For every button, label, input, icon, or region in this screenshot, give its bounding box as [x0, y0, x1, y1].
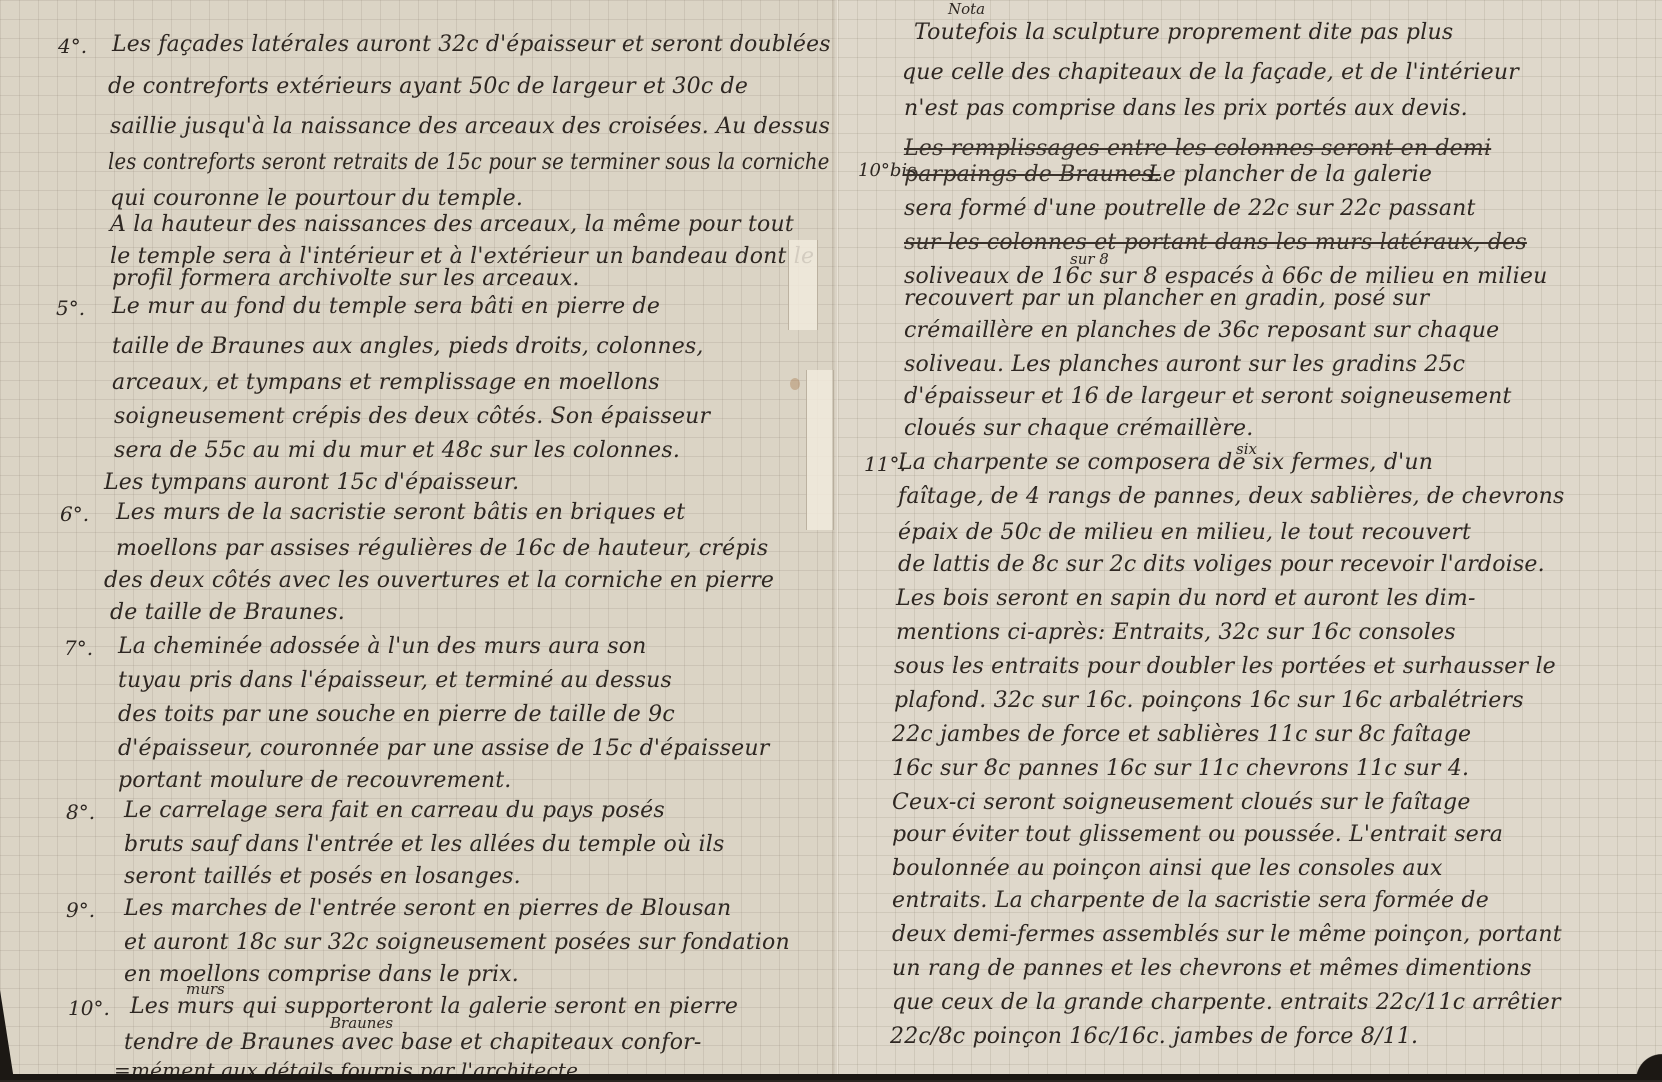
section-number: 5°. — [56, 296, 85, 320]
text-line: 22c/8c poinçon 16c/16c. jambes de force … — [890, 1024, 1418, 1049]
text-line: Le mur au fond du temple sera bâti en pi… — [112, 294, 660, 319]
text-line: pour éviter tout glissement ou poussée. … — [892, 822, 1503, 847]
text-line: qui couronne le pourtour du temple. — [110, 186, 523, 211]
text-line: boulonnée au poinçon ainsi que les conso… — [892, 856, 1443, 881]
text-line: Le plancher de la galerie — [1148, 162, 1432, 187]
text-line: crémaillère en planches de 36c reposant … — [904, 318, 1499, 343]
right-page: Nota Toutefois la sculpture proprement d… — [838, 0, 1662, 1080]
text-line: soigneusement crépis des deux côtés. Son… — [114, 404, 710, 429]
text-line: en moellons comprise dans le prix. — [124, 962, 519, 987]
manuscript-spread: 4°. Les façades latérales auront 32c d'é… — [0, 0, 1662, 1080]
text-line: Les murs de la sacristie seront bâtis en… — [116, 500, 685, 525]
text-line: plafond. 32c sur 16c. poinçons 16c sur 1… — [894, 688, 1524, 713]
text-line: épaix de 50c de milieu en milieu, le tou… — [898, 520, 1471, 545]
text-line: bruts sauf dans l'entrée et les allées d… — [124, 832, 725, 857]
text-line: d'épaisseur, couronnée par une assise de… — [118, 736, 769, 761]
struck-text-line: sur les colonnes et portant dans les mur… — [904, 230, 1527, 255]
text-line: sera formé d'une poutrelle de 22c sur 22… — [904, 196, 1476, 221]
repair-tape — [788, 240, 818, 330]
left-page: 4°. Les façades latérales auront 32c d'é… — [0, 0, 838, 1080]
section-number: 9°. — [66, 898, 95, 922]
section-number: 7°. — [64, 636, 93, 660]
text-line: La cheminée adossée à l'un des murs aura… — [118, 634, 647, 659]
struck-text-line: parpaings de Braunes. — [904, 162, 1160, 187]
text-line: saillie jusqu'à la naissance des arceaux… — [110, 114, 830, 139]
text-line: mentions ci-après: Entraits, 32c sur 16c… — [896, 620, 1456, 645]
text-line: arceaux, et tympans et remplissage en mo… — [112, 370, 660, 395]
struck-text-line: Les remplissages entre les colonnes sero… — [904, 136, 1491, 161]
text-line: que celle des chapiteaux de la façade, e… — [902, 60, 1519, 85]
text-line: d'épaisseur et 16 de largeur et seront s… — [904, 384, 1512, 409]
text-line: entraits. La charpente de la sacristie s… — [892, 888, 1489, 913]
text-line: et auront 18c sur 32c soigneusement posé… — [124, 930, 790, 955]
text-line: Les façades latérales auront 32c d'épais… — [112, 32, 831, 57]
scan-edge-corner — [1632, 1050, 1662, 1080]
text-line: taille de Braunes aux angles, pieds droi… — [112, 334, 704, 359]
text-line: Ceux-ci seront soigneusement cloués sur … — [892, 790, 1471, 815]
text-line: tendre de Braunes avec base et chapiteau… — [124, 1030, 702, 1055]
text-line: Les bois seront en sapin du nord et auro… — [896, 586, 1476, 611]
nota-heading: Nota — [948, 0, 985, 18]
text-line: que ceux de la grande charpente. entrait… — [892, 990, 1561, 1015]
text-line: portant moulure de recouvrement. — [118, 768, 511, 793]
section-number: 6°. — [60, 502, 89, 526]
text-line: Les tympans auront 15c d'épaisseur. — [104, 470, 519, 495]
text-line: recouvert par un plancher en gradin, pos… — [904, 286, 1429, 311]
text-line: un rang de pannes et les chevrons et mêm… — [892, 956, 1532, 981]
text-line: Les murs qui supporteront la galerie ser… — [130, 994, 738, 1019]
text-line: tuyau pris dans l'épaisseur, et terminé … — [118, 668, 672, 693]
text-line: n'est pas comprise dans les prix portés … — [904, 96, 1468, 121]
text-line: de lattis de 8c sur 2c dits voliges pour… — [898, 552, 1545, 577]
text-line: de taille de Braunes. — [110, 600, 345, 625]
text-line: cloués sur chaque crémaillère. — [904, 416, 1253, 441]
text-line: seront taillés et posés en losanges. — [124, 864, 521, 889]
section-number: 8°. — [66, 800, 95, 824]
text-line: La charpente se composera de six fermes,… — [898, 450, 1433, 475]
text-line: A la hauteur des naissances des arceaux,… — [110, 212, 794, 237]
repair-tape — [806, 370, 834, 530]
text-line: sous les entraits pour doubler les porté… — [894, 654, 1556, 679]
text-line: 16c sur 8c pannes 16c sur 11c chevrons 1… — [892, 756, 1469, 781]
scan-edge — [0, 1074, 1662, 1080]
text-line: les contreforts seront retraits de 15c p… — [108, 150, 829, 175]
section-number: 10°. — [68, 996, 110, 1020]
scan-edge-corner — [0, 990, 14, 1080]
ink-stain — [790, 378, 800, 390]
text-line: des toits par une souche en pierre de ta… — [118, 702, 675, 727]
text-line: profil formera archivolte sur les arceau… — [112, 266, 580, 291]
section-number: 4°. — [58, 34, 87, 58]
text-line: Les marches de l'entrée seront en pierre… — [124, 896, 731, 921]
text-line: Le carrelage sera fait en carreau du pay… — [124, 798, 665, 823]
text-line: faîtage, de 4 rangs de pannes, deux sabl… — [898, 484, 1564, 509]
text-line: de contreforts extérieurs ayant 50c de l… — [108, 74, 748, 99]
text-line: moellons par assises régulières de 16c d… — [116, 536, 768, 561]
text-line: Toutefois la sculpture proprement dite p… — [914, 20, 1453, 45]
text-line: sera de 55c au mi du mur et 48c sur les … — [114, 438, 680, 463]
text-line: soliveau. Les planches auront sur les gr… — [904, 352, 1465, 377]
text-line: des deux côtés avec les ouvertures et la… — [104, 568, 774, 593]
text-line: deux demi-fermes assemblés sur le même p… — [892, 922, 1562, 947]
text-line: 22c jambes de force et sablières 11c sur… — [892, 722, 1471, 747]
